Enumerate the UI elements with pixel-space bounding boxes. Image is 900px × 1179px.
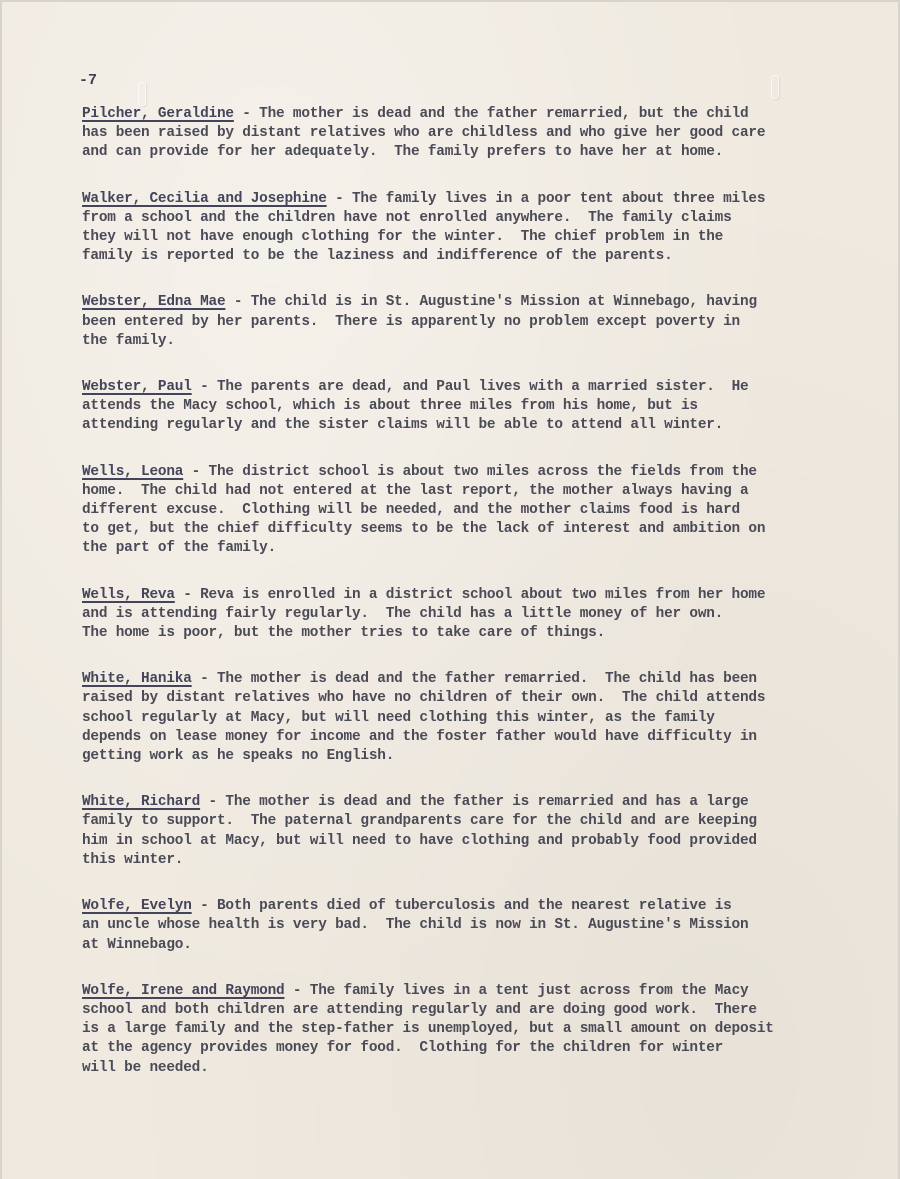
entry-name: Wolfe, Irene and Raymond — [82, 983, 284, 999]
entry-text: - Both parents died of tuberculosis and … — [192, 898, 732, 914]
entry-text: school and both children are attending r… — [82, 1002, 757, 1018]
entry-text: - The child is in St. Augustine's Missio… — [225, 294, 756, 310]
entry-name: Webster, Paul — [82, 379, 192, 395]
entry-text: - The family lives in a poor tent about … — [327, 191, 766, 207]
case-entry: Webster, Paul - The parents are dead, an… — [82, 378, 852, 436]
entry-line: is a large family and the step-father is… — [82, 1020, 852, 1039]
case-entry: Pilcher, Geraldine - The mother is dead … — [82, 105, 852, 163]
entry-text: at the agency provides money for food. C… — [82, 1040, 723, 1056]
entry-text: from a school and the children have not … — [82, 210, 732, 226]
entry-text: been entered by her parents. There is ap… — [82, 314, 740, 330]
entry-line: White, Richard - The mother is dead and … — [82, 793, 852, 812]
entry-text: different excuse. Clothing will be neede… — [82, 502, 740, 518]
entry-name: Wells, Reva — [82, 587, 175, 603]
entry-line: attending regularly and the sister claim… — [82, 416, 852, 435]
entry-line: they will not have enough clothing for t… — [82, 228, 852, 247]
entry-text: to get, but the chief difficulty seems t… — [82, 521, 765, 537]
entry-line: Wells, Leona - The district school is ab… — [82, 463, 852, 482]
entry-line: him in school at Macy, but will need to … — [82, 832, 852, 851]
entry-text: - The mother is dead and the father is r… — [200, 794, 748, 810]
entry-text: the family. — [82, 333, 175, 349]
entry-text: raised by distant relatives who have no … — [82, 690, 765, 706]
entry-line: this winter. — [82, 851, 852, 870]
entry-line: Pilcher, Geraldine - The mother is dead … — [82, 105, 852, 124]
entry-line: Wolfe, Evelyn - Both parents died of tub… — [82, 897, 852, 916]
entry-line: raised by distant relatives who have no … — [82, 689, 852, 708]
entry-line: family is reported to be the laziness an… — [82, 247, 852, 266]
paper-emboss-mark — [138, 82, 146, 106]
entry-line: has been raised by distant relatives who… — [82, 124, 852, 143]
entry-line: Walker, Cecilia and Josephine - The fami… — [82, 190, 852, 209]
typewritten-page: -7 Pilcher, Geraldine - The mother is de… — [2, 2, 898, 1179]
entry-line: at the agency provides money for food. C… — [82, 1039, 852, 1058]
entry-line: depends on lease money for income and th… — [82, 728, 852, 747]
entry-line: attends the Macy school, which is about … — [82, 397, 852, 416]
entry-text: depends on lease money for income and th… — [82, 729, 757, 745]
entry-text: family is reported to be the laziness an… — [82, 248, 673, 264]
entry-name: White, Richard — [82, 794, 200, 810]
case-entry: Wells, Leona - The district school is ab… — [82, 463, 852, 559]
paper-emboss-mark — [771, 75, 779, 99]
entry-line: getting work as he speaks no English. — [82, 747, 852, 766]
entry-line: an uncle whose health is very bad. The c… — [82, 916, 852, 935]
entry-line: Webster, Edna Mae - The child is in St. … — [82, 293, 852, 312]
entry-text: is a large family and the step-father is… — [82, 1021, 774, 1037]
entry-line: The home is poor, but the mother tries t… — [82, 624, 852, 643]
page-number: -7 — [79, 72, 97, 89]
entry-line: will be needed. — [82, 1059, 852, 1078]
case-entries-list: Pilcher, Geraldine - The mother is dead … — [82, 105, 852, 1105]
entry-text: the part of the family. — [82, 540, 276, 556]
entry-text: and is attending fairly regularly. The c… — [82, 606, 723, 622]
entry-text: - The mother is dead and the father rema… — [234, 106, 749, 122]
entry-text: attending regularly and the sister claim… — [82, 417, 723, 433]
entry-line: family to support. The paternal grandpar… — [82, 812, 852, 831]
entry-name: Pilcher, Geraldine — [82, 106, 234, 122]
case-entry: White, Hanika - The mother is dead and t… — [82, 670, 852, 766]
entry-line: the part of the family. — [82, 539, 852, 558]
entry-name: Wells, Leona — [82, 464, 183, 480]
entry-line: been entered by her parents. There is ap… — [82, 313, 852, 332]
entry-text: home. The child had not entered at the l… — [82, 483, 748, 499]
entry-text: him in school at Macy, but will need to … — [82, 833, 757, 849]
entry-line: at Winnebago. — [82, 936, 852, 955]
entry-name: Webster, Edna Mae — [82, 294, 225, 310]
entry-line: White, Hanika - The mother is dead and t… — [82, 670, 852, 689]
entry-text: family to support. The paternal grandpar… — [82, 813, 757, 829]
entry-line: the family. — [82, 332, 852, 351]
entry-text: will be needed. — [82, 1060, 209, 1076]
entry-text: they will not have enough clothing for t… — [82, 229, 723, 245]
entry-name: Wolfe, Evelyn — [82, 898, 192, 914]
entry-text: at Winnebago. — [82, 937, 192, 953]
entry-line: from a school and the children have not … — [82, 209, 852, 228]
entry-text: has been raised by distant relatives who… — [82, 125, 765, 141]
entry-line: school and both children are attending r… — [82, 1001, 852, 1020]
case-entry: Webster, Edna Mae - The child is in St. … — [82, 293, 852, 351]
entry-text: this winter. — [82, 852, 183, 868]
entry-line: to get, but the chief difficulty seems t… — [82, 520, 852, 539]
entry-line: and can provide for her adequately. The … — [82, 143, 852, 162]
entry-text: - The mother is dead and the father rema… — [192, 671, 757, 687]
entry-line: school regularly at Macy, but will need … — [82, 709, 852, 728]
entry-name: White, Hanika — [82, 671, 192, 687]
case-entry: Wells, Reva - Reva is enrolled in a dist… — [82, 586, 852, 644]
entry-text: and can provide for her adequately. The … — [82, 144, 723, 160]
entry-line: Webster, Paul - The parents are dead, an… — [82, 378, 852, 397]
entry-text: - The district school is about two miles… — [183, 464, 757, 480]
entry-text: - The family lives in a tent just across… — [284, 983, 748, 999]
entry-text: The home is poor, but the mother tries t… — [82, 625, 605, 641]
entry-text: school regularly at Macy, but will need … — [82, 710, 715, 726]
entry-line: Wells, Reva - Reva is enrolled in a dist… — [82, 586, 852, 605]
entry-line: and is attending fairly regularly. The c… — [82, 605, 852, 624]
entry-line: home. The child had not entered at the l… — [82, 482, 852, 501]
entry-text: attends the Macy school, which is about … — [82, 398, 698, 414]
entry-line: Wolfe, Irene and Raymond - The family li… — [82, 982, 852, 1001]
entry-line: different excuse. Clothing will be neede… — [82, 501, 852, 520]
entry-text: an uncle whose health is very bad. The c… — [82, 917, 748, 933]
case-entry: Wolfe, Evelyn - Both parents died of tub… — [82, 897, 852, 955]
entry-name: Walker, Cecilia and Josephine — [82, 191, 327, 207]
case-entry: Wolfe, Irene and Raymond - The family li… — [82, 982, 852, 1078]
entry-text: getting work as he speaks no English. — [82, 748, 394, 764]
case-entry: Walker, Cecilia and Josephine - The fami… — [82, 190, 852, 267]
entry-text: - Reva is enrolled in a district school … — [175, 587, 766, 603]
case-entry: White, Richard - The mother is dead and … — [82, 793, 852, 870]
entry-text: - The parents are dead, and Paul lives w… — [192, 379, 749, 395]
